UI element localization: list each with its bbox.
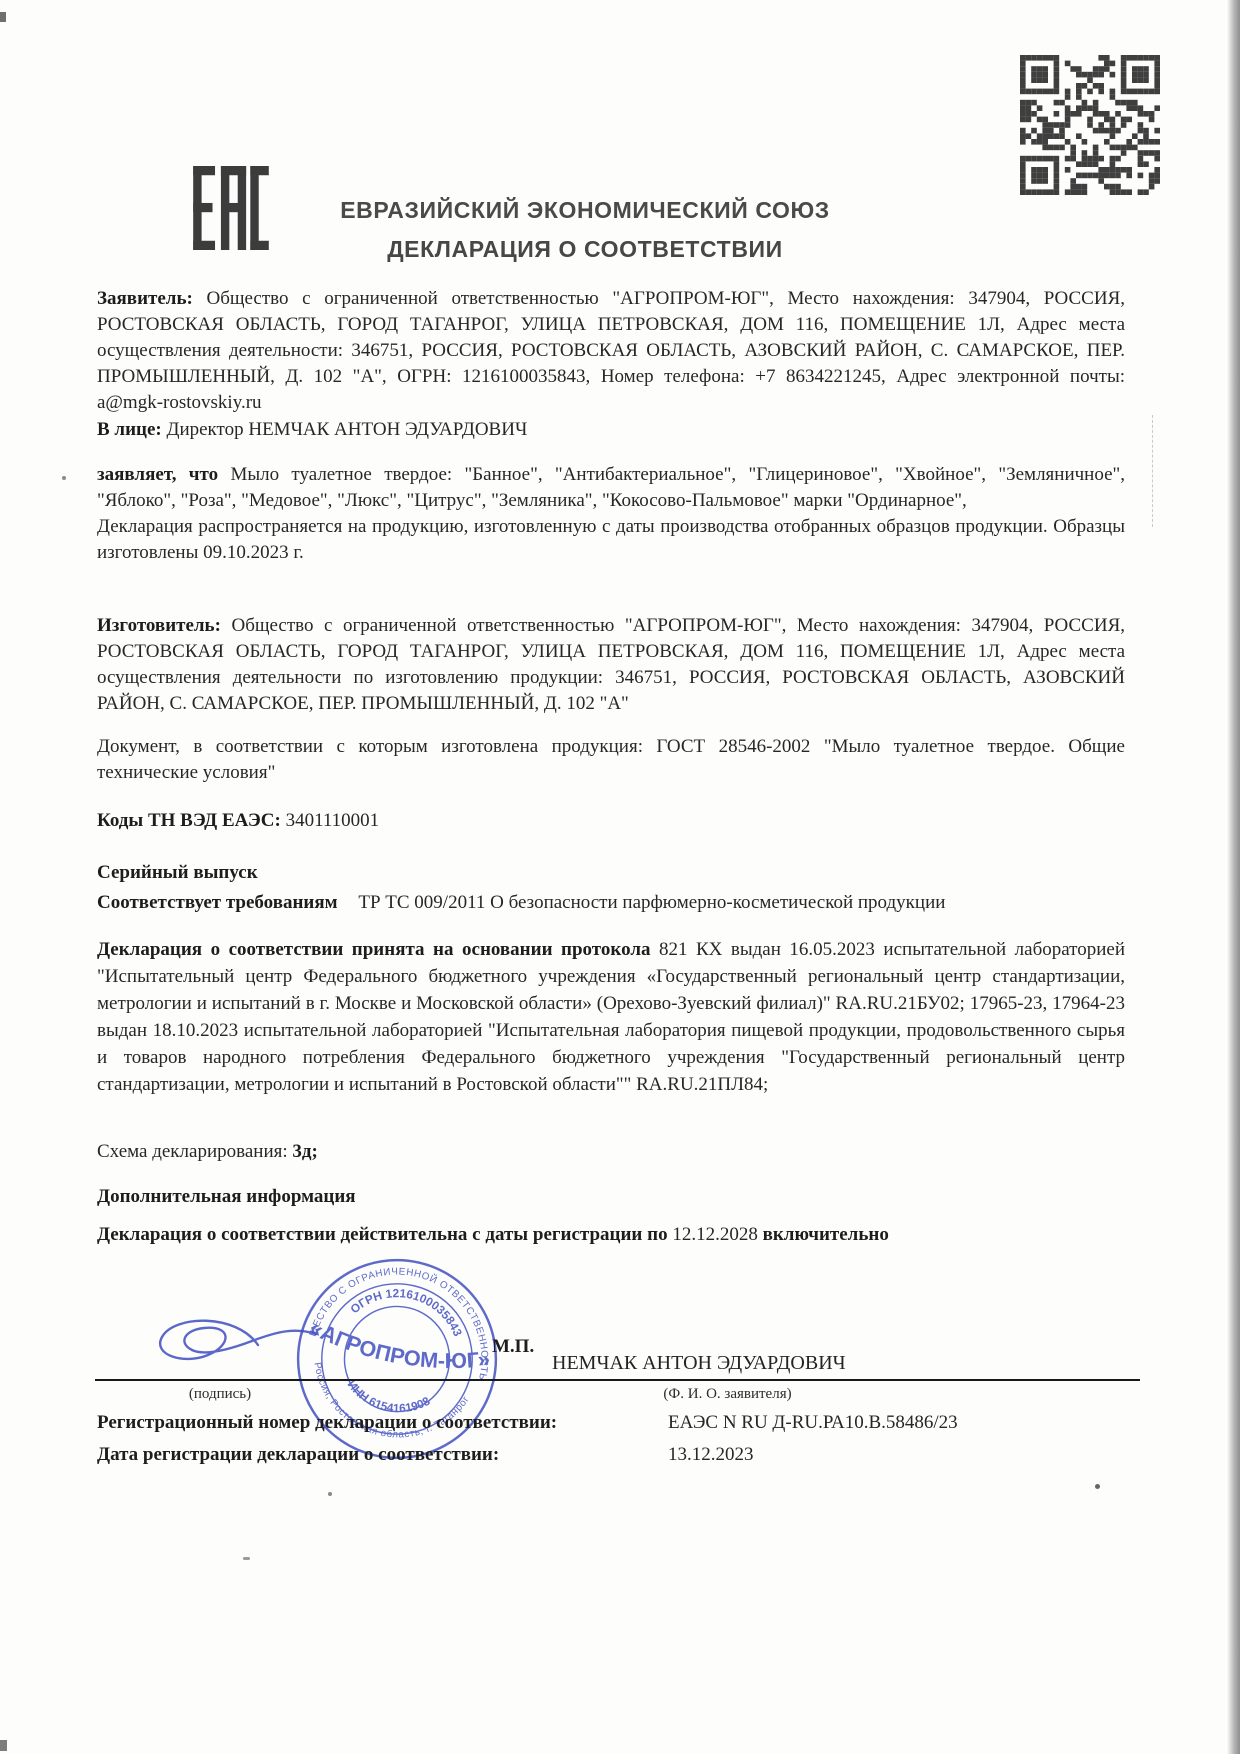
declares-label: заявляет, что [97,464,218,485]
basis-paragraph: Декларация о соответствии принята на осн… [97,936,1125,1098]
stamp-place-mark: М.П. [492,1336,534,1358]
qr-code [1020,55,1160,195]
scan-speck [0,1740,7,1751]
manufacturer-text: Общество с ограниченной ответственностью… [97,615,1125,714]
applicant-paragraph: Заявитель: Общество с ограниченной ответ… [97,286,1125,416]
person-paragraph: В лице: Директор НЕМЧАК АНТОН ЭДУАРДОВИЧ [97,417,1125,443]
registration-number-label: Регистрационный номер декларации о соотв… [97,1412,637,1434]
registration-date-label: Дата регистрации декларации о соответств… [97,1444,637,1466]
requirements-value: ТР ТС 009/2011 О безопасности парфюмерно… [358,892,945,913]
validity-suffix: включительно [763,1224,889,1245]
tnved-value: 3401110001 [286,810,380,831]
validity-label: Декларация о соответствии действительна … [97,1224,668,1245]
registration-date-value: 13.12.2023 [668,1444,1128,1466]
document-page: ЕВРАЗИЙСКИЙ ЭКОНОМИЧЕСКИЙ СОЮЗ ДЕКЛАРАЦИ… [0,0,1240,1754]
product-document-paragraph: Документ, в соответствии с которым изгот… [97,734,1125,786]
scheme-label: Схема декларирования: [97,1141,288,1162]
registration-number-value: ЕАЭС N RU Д-RU.РА10.В.58486/23 [668,1412,1128,1434]
requirements-label: Соответствует требованиям [97,892,338,913]
manufacturer-paragraph: Изготовитель: Общество с ограниченной от… [97,613,1125,717]
applicant-text: Общество с ограниченной ответственностью… [97,288,1125,413]
declaration-title: ДЕКЛАРАЦИЯ О СООТВЕТСТВИИ [180,236,990,263]
declares-paragraph: заявляет, что Мыло туалетное твердое: "Б… [97,462,1125,566]
requirements-line: Соответствует требованиям ТР ТС 009/2011… [97,890,1125,916]
scan-speck [1095,1484,1100,1489]
tnved-codes-line: Коды ТН ВЭД ЕАЭС: 3401110001 [97,808,1125,834]
person-label: В лице: [97,419,162,440]
tnved-label: Коды ТН ВЭД ЕАЭС: [97,810,281,831]
basis-label: Декларация о соответствии принята на осн… [97,939,650,960]
person-text: Директор НЕМЧАК АНТОН ЭДУАРДОВИЧ [167,419,528,440]
svg-text:«АГРОПРОМ-ЮГ»: «АГРОПРОМ-ЮГ» [303,1305,496,1389]
additional-info-heading: Дополнительная информация [97,1184,1125,1210]
scan-edge-band [1227,0,1240,1754]
signature-rule [95,1379,1140,1381]
scan-speck [243,1557,250,1560]
scan-speck [328,1492,332,1496]
applicant-label: Заявитель: [97,288,193,309]
validity-date: 12.12.2028 [672,1224,758,1245]
serial-release-line: Серийный выпуск [97,860,1125,886]
scan-fold-line [1152,415,1153,527]
stamp-company-name: «АГРОПРОМ-ЮГ» [303,1305,496,1389]
scan-speck [62,476,66,480]
scheme-line: Схема декларирования: 3д; [97,1139,1125,1165]
manufacturer-label: Изготовитель: [97,615,221,636]
scan-speck [0,12,6,22]
validity-line: Декларация о соответствии действительна … [97,1222,1125,1248]
union-title: ЕВРАЗИЙСКИЙ ЭКОНОМИЧЕСКИЙ СОЮЗ [180,197,990,224]
scheme-value: 3д; [292,1141,317,1162]
signature-caption: (подпись) [150,1386,290,1403]
declarant-name: НЕМЧАК АНТОН ЭДУАРДОВИЧ [552,1352,1132,1375]
basis-text: 821 КХ выдан 16.05.2023 испытательной ла… [97,939,1125,1095]
declares-text: Мыло туалетное твердое: "Банное", "Антиб… [97,464,1125,511]
declares-note: Декларация распространяется на продукцию… [97,514,1125,566]
fio-caption: (Ф. И. О. заявителя) [640,1386,815,1403]
